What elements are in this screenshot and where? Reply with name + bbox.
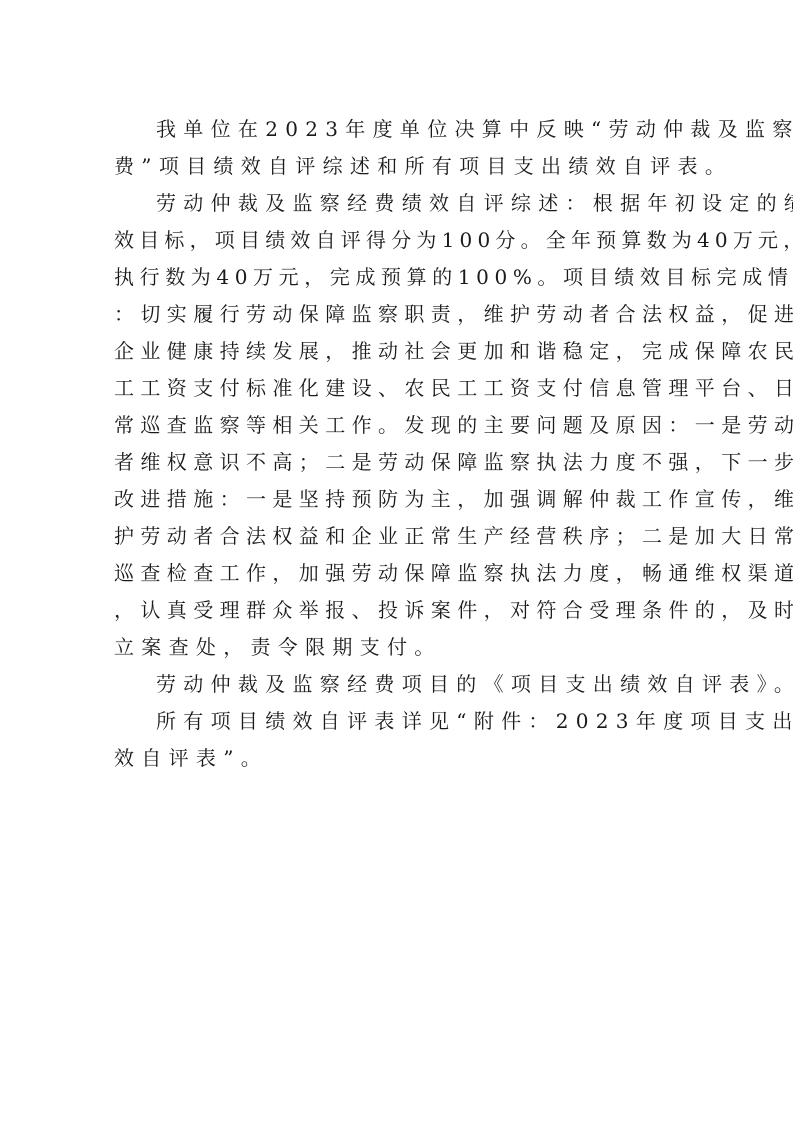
text-line: 效自评表”。 <box>114 740 674 777</box>
text-line: 费”项目绩效自评综述和所有项目支出绩效自评表。 <box>114 148 674 185</box>
text-line: 效目标，项目绩效自评得分为100分。全年预算数为40万元， <box>114 222 674 259</box>
text-line: 巡查检查工作，加强劳动保障监察执法力度，畅通维权渠道 <box>114 555 674 592</box>
document-page: 我单位在2023年度单位决算中反映“劳动仲裁及监察经 费”项目绩效自评综述和所有… <box>0 0 793 1122</box>
text-line: ，认真受理群众举报、投诉案件，对符合受理条件的，及时 <box>114 592 674 629</box>
paragraph-intro: 我单位在2023年度单位决算中反映“劳动仲裁及监察经 费”项目绩效自评综述和所有… <box>114 111 674 185</box>
text-line: 劳动仲裁及监察经费项目的《项目支出绩效自评表》。 <box>114 666 674 703</box>
text-line: 立案查处，责令限期支付。 <box>114 629 674 666</box>
text-line: 工工资支付标准化建设、农民工工资支付信息管理平台、日 <box>114 370 674 407</box>
document-body: 我单位在2023年度单位决算中反映“劳动仲裁及监察经 费”项目绩效自评综述和所有… <box>114 111 674 777</box>
text-line: 所有项目绩效自评表详见“附件：2023年度项目支出绩 <box>114 703 674 740</box>
text-line: 企业健康持续发展，推动社会更加和谐稳定，完成保障农民 <box>114 333 674 370</box>
text-line: 改进措施：一是坚持预防为主，加强调解仲裁工作宣传，维 <box>114 481 674 518</box>
text-line: 我单位在2023年度单位决算中反映“劳动仲裁及监察经 <box>114 111 674 148</box>
paragraph-summary: 劳动仲裁及监察经费绩效自评综述：根据年初设定的绩 效目标，项目绩效自评得分为10… <box>114 185 674 666</box>
paragraph-project-table-reference: 劳动仲裁及监察经费项目的《项目支出绩效自评表》。 <box>114 666 674 703</box>
text-line: ：切实履行劳动保障监察职责，维护劳动者合法权益，促进 <box>114 296 674 333</box>
text-line: 执行数为40万元，完成预算的100%。项目绩效目标完成情况 <box>114 259 674 296</box>
text-line: 劳动仲裁及监察经费绩效自评综述：根据年初设定的绩 <box>114 185 674 222</box>
paragraph-attachment-reference: 所有项目绩效自评表详见“附件：2023年度项目支出绩 效自评表”。 <box>114 703 674 777</box>
text-line: 护劳动者合法权益和企业正常生产经营秩序；二是加大日常 <box>114 518 674 555</box>
text-line: 常巡查监察等相关工作。发现的主要问题及原因：一是劳动 <box>114 407 674 444</box>
text-line: 者维权意识不高；二是劳动保障监察执法力度不强，下一步 <box>114 444 674 481</box>
